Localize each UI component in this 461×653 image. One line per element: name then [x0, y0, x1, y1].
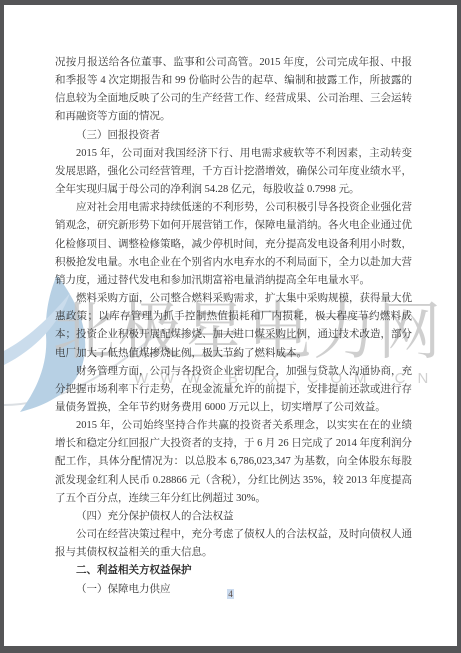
paragraph: 燃料采购方面，公司整合燃料采购需求，扩大集中采购规模，获得量大优惠政策；以库存管… — [55, 290, 412, 363]
paragraph: 应对社会用电需求持续低迷的不利形势，公司积极引导各投资企业强化营销观念，研究新形… — [55, 199, 412, 290]
section-subheading: （三）回报投资者 — [55, 127, 412, 145]
paragraph: 况按月报送给各位董事、监事和公司高管。2015 年度，公司完成年报、中报和季报等… — [55, 54, 412, 127]
page-number: 4 — [4, 589, 457, 599]
paragraph: 2015 年，公司面对我国经济下行、用电需求疲软等不利因素，主动转变发展思路，强… — [55, 145, 412, 199]
paragraph: 2015 年，公司始终坚持合作共赢的投资者关系理念，以实实在在的业绩增长和稳定分… — [55, 417, 412, 508]
paragraph: 公司在经营决策过程中，充分考虑了债权人的合法权益，及时向债权人通报与其债权权益相… — [55, 526, 412, 562]
document-body: 况按月报送给各位董事、监事和公司高管。2015 年度，公司完成年报、中报和季报等… — [55, 54, 412, 599]
document-viewer: { "page": { "number": "4", "frame_color"… — [0, 0, 461, 653]
scanned-document-page: 北极星电力网 WWW.BJX.COM.CN 况按月报送给各位董事、监事和公司高管… — [4, 5, 457, 646]
section-subheading: （四）充分保护债权人的合法权益 — [55, 508, 412, 526]
section-heading: 二、利益相关方权益保护 — [55, 562, 412, 580]
paragraph: 财务管理方面，公司与各投资企业密切配合，加强与贷款人沟通协商，充分把握市场利率下… — [55, 363, 412, 417]
